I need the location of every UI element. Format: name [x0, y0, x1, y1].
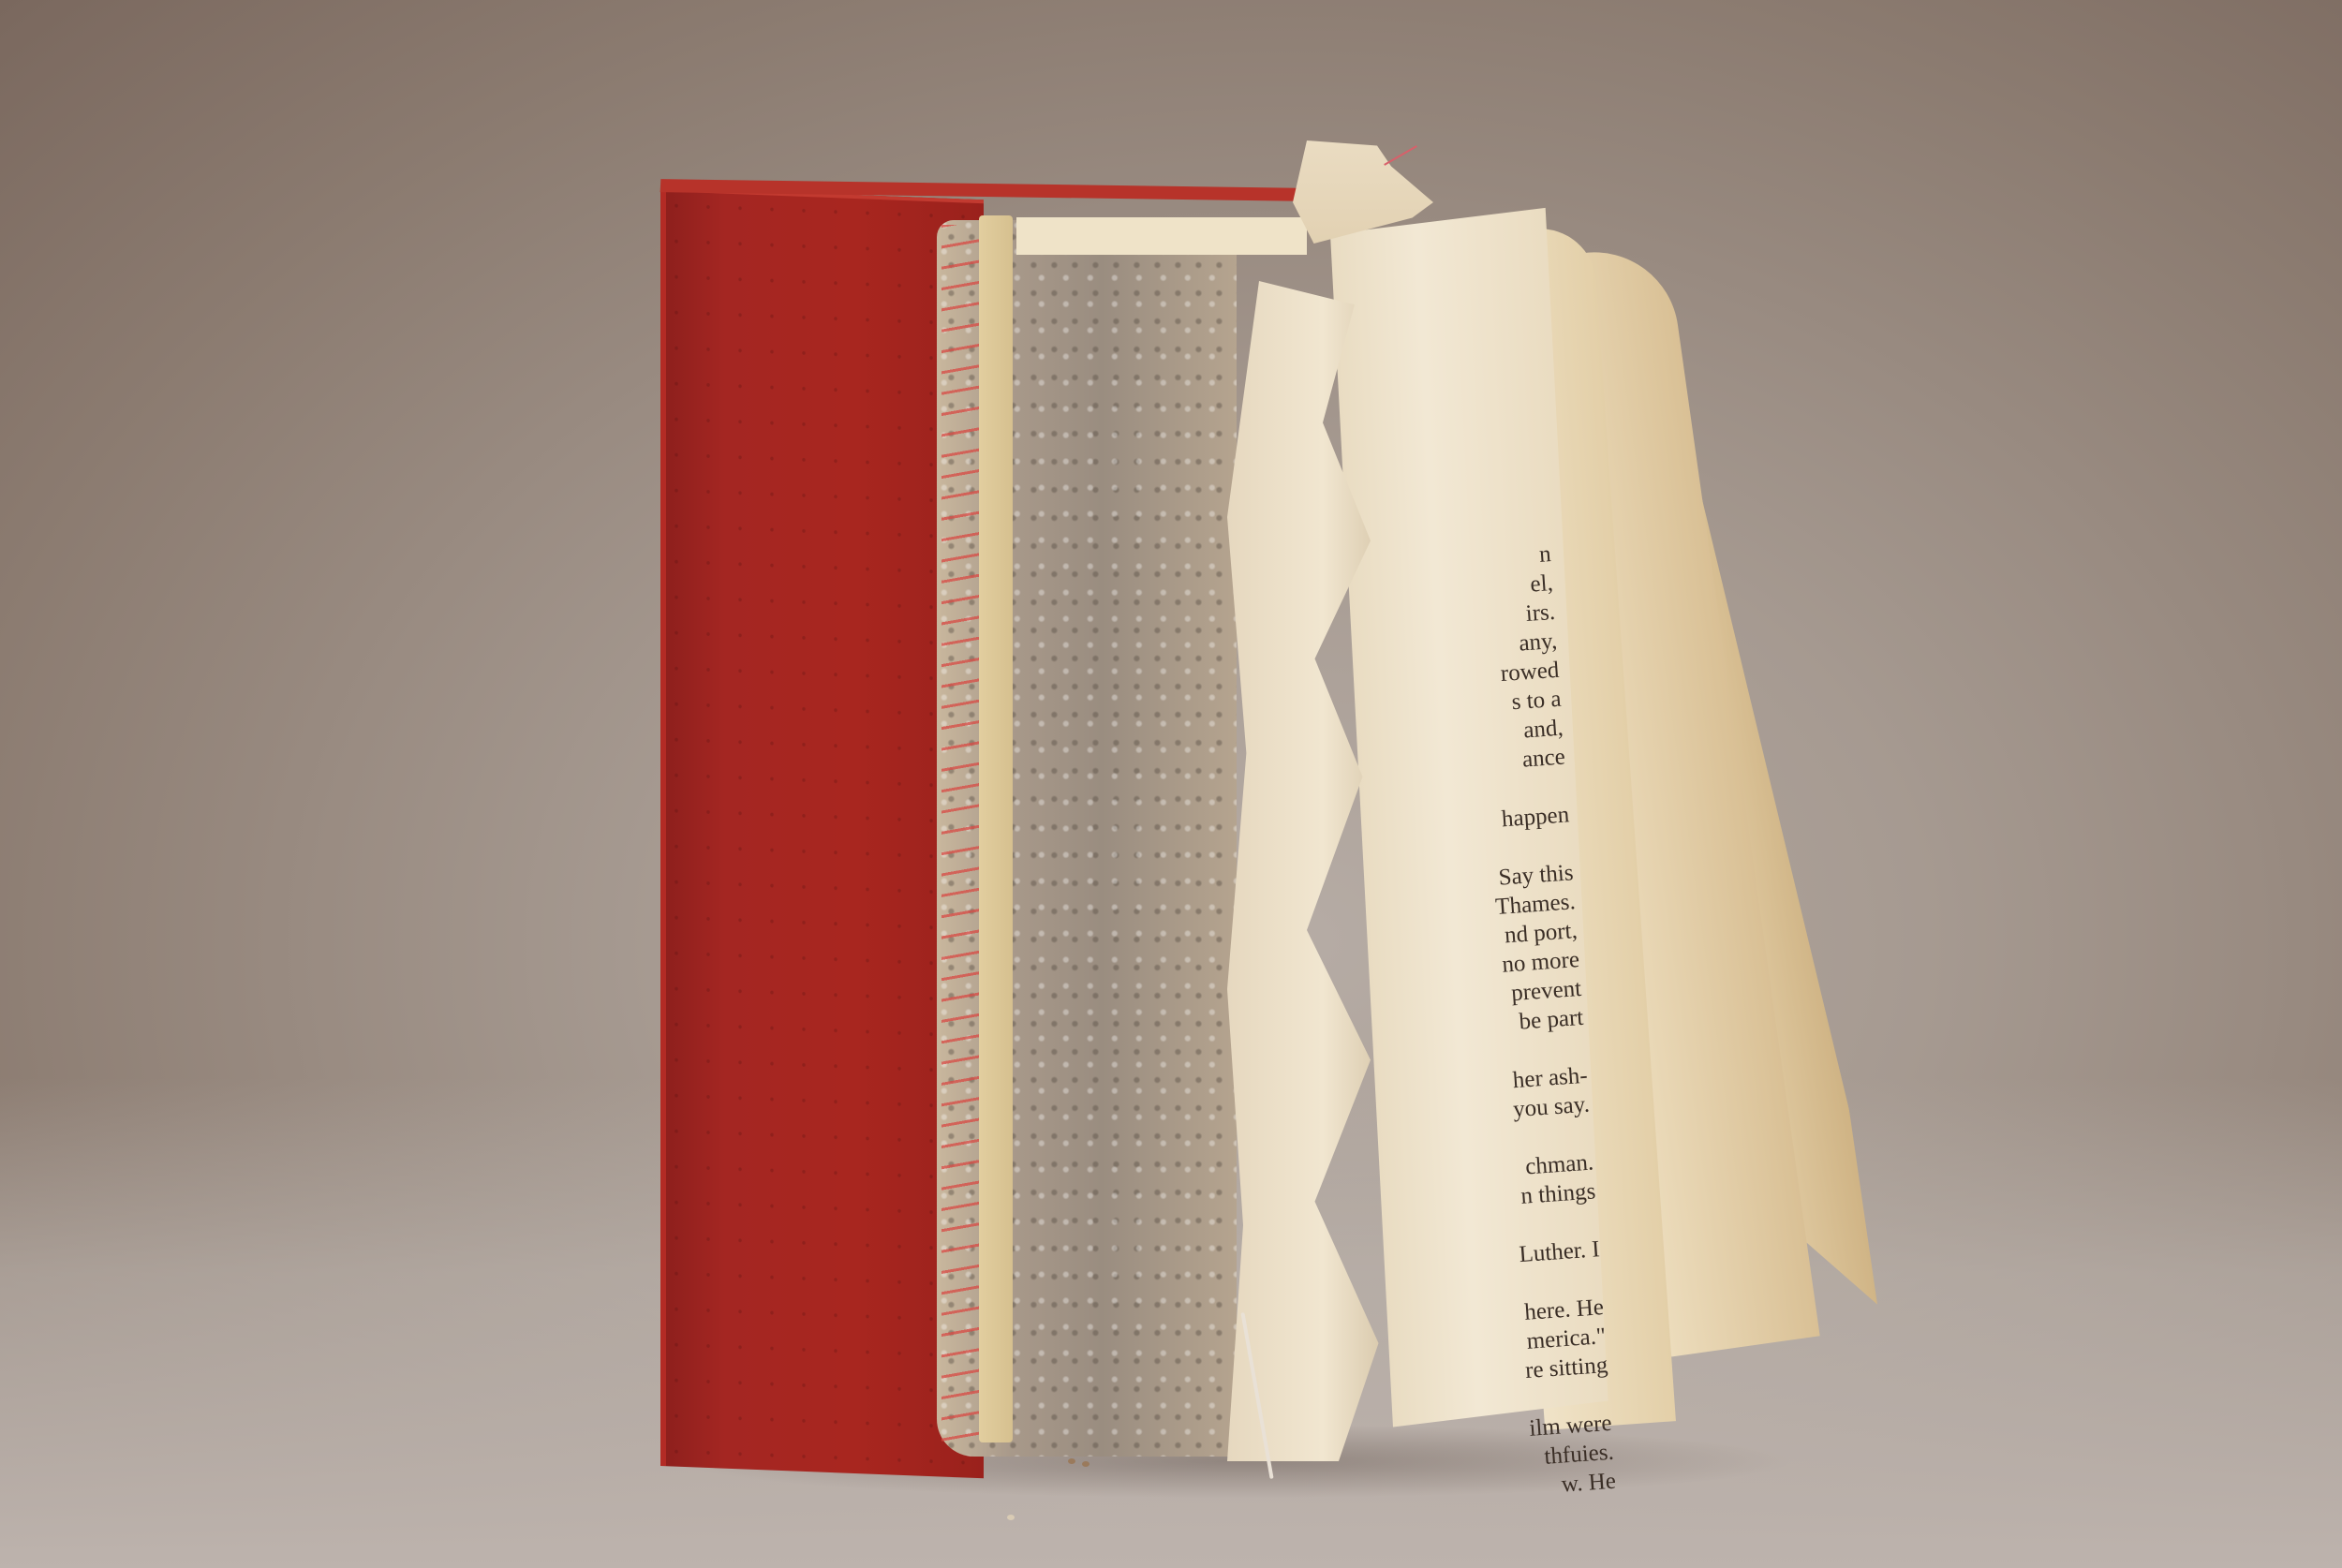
loose-red-thread: [1384, 145, 1417, 166]
red-book-cover: [660, 187, 984, 1478]
photo-scene: as ar one ered at the to be prising bad …: [0, 0, 2342, 1568]
paper-crumb: [1007, 1515, 1015, 1520]
page-top-edge: [1016, 217, 1307, 255]
paper-crumb: [1068, 1458, 1075, 1464]
paper-crumb: [1082, 1461, 1089, 1467]
endpaper-strip: [979, 215, 1013, 1442]
